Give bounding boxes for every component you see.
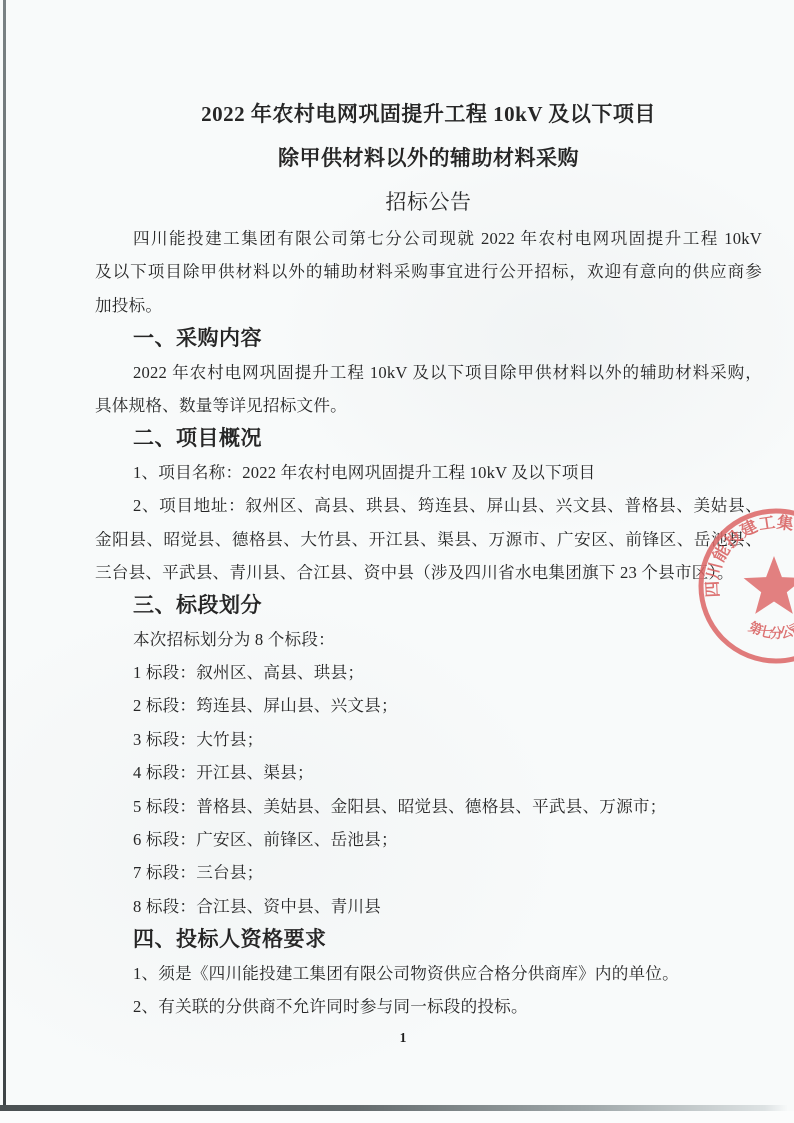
doc-line: 及以下项目除甲供材料以外的辅助材料采购事宜进行公开招标，欢迎有意向的供应商参 — [95, 255, 762, 288]
seal-star-icon — [744, 556, 794, 614]
doc-line: 3 标段：大竹县； — [95, 723, 762, 756]
doc-line: 本次招标划分为 8 个标段： — [95, 623, 762, 656]
section-heading: 二、项目概况 — [95, 422, 762, 455]
doc-line: 4 标段：开江县、渠县； — [95, 756, 762, 789]
doc-line: 金阳县、昭觉县、德格县、大竹县、开江县、渠县、万源市、广安区、前锋区、岳池县、 — [95, 523, 762, 556]
section-heading: 三、标段划分 — [95, 589, 762, 622]
doc-line: 三台县、平武县、青川县、合江县、资中县（涉及四川省水电集团旗下 23 个县市区）… — [95, 556, 762, 589]
doc-line: 2、项目地址：叙州区、高县、珙县、筠连县、屏山县、兴文县、普格县、美姑县、 — [95, 489, 762, 522]
page-number: 1 — [95, 1030, 711, 1046]
document-body: 四川能投建工集团有限公司第七分公司现就 2022 年农村电网巩固提升工程 10k… — [95, 222, 762, 1023]
scan-left-edge-artifact — [3, 0, 6, 1108]
doc-line: 具体规格、数量等详见招标文件。 — [95, 389, 762, 422]
title-line-2: 除甲供材料以外的辅助材料采购 — [95, 136, 762, 180]
title-line-1: 2022 年农村电网巩固提升工程 10kV 及以下项目 — [95, 92, 762, 136]
doc-line: 1、项目名称：2022 年农村电网巩固提升工程 10kV 及以下项目 — [95, 456, 762, 489]
doc-line: 四川能投建工集团有限公司第七分公司现就 2022 年农村电网巩固提升工程 10k… — [95, 222, 762, 255]
doc-line: 8 标段：合江县、资中县、青川县 — [95, 890, 762, 923]
title-line-3: 招标公告 — [95, 180, 762, 224]
doc-line: 7 标段：三台县； — [95, 856, 762, 889]
doc-line: 1、须是《四川能投建工集团有限公司物资供应合格分供商库》内的单位。 — [95, 957, 762, 990]
doc-line: 6 标段：广安区、前锋区、岳池县； — [95, 823, 762, 856]
doc-line: 加投标。 — [95, 289, 762, 322]
doc-line: 2 标段：筠连县、屏山县、兴文县； — [95, 689, 762, 722]
doc-line: 1 标段：叙州区、高县、珙县； — [95, 656, 762, 689]
company-seal-stamp: 四川能投建工集团有限公司 第七分公司 — [695, 505, 794, 667]
doc-line: 5 标段：普格县、美姑县、金阳县、昭觉县、德格县、平武县、万源市； — [95, 790, 762, 823]
document-title: 2022 年农村电网巩固提升工程 10kV 及以下项目 除甲供材料以外的辅助材料… — [95, 92, 762, 224]
seal-branch-text: 第七分公司 — [746, 618, 794, 641]
section-heading: 一、采购内容 — [95, 322, 762, 355]
doc-line: 2022 年农村电网巩固提升工程 10kV 及以下项目除甲供材料以外的辅助材料采… — [95, 356, 762, 389]
scanned-document-page: 2022 年农村电网巩固提升工程 10kV 及以下项目 除甲供材料以外的辅助材料… — [0, 0, 794, 1123]
scan-bottom-margin — [0, 1111, 794, 1123]
doc-line: 2、有关联的分供商不允许同时参与同一标段的投标。 — [95, 990, 762, 1023]
section-heading: 四、投标人资格要求 — [95, 923, 762, 956]
